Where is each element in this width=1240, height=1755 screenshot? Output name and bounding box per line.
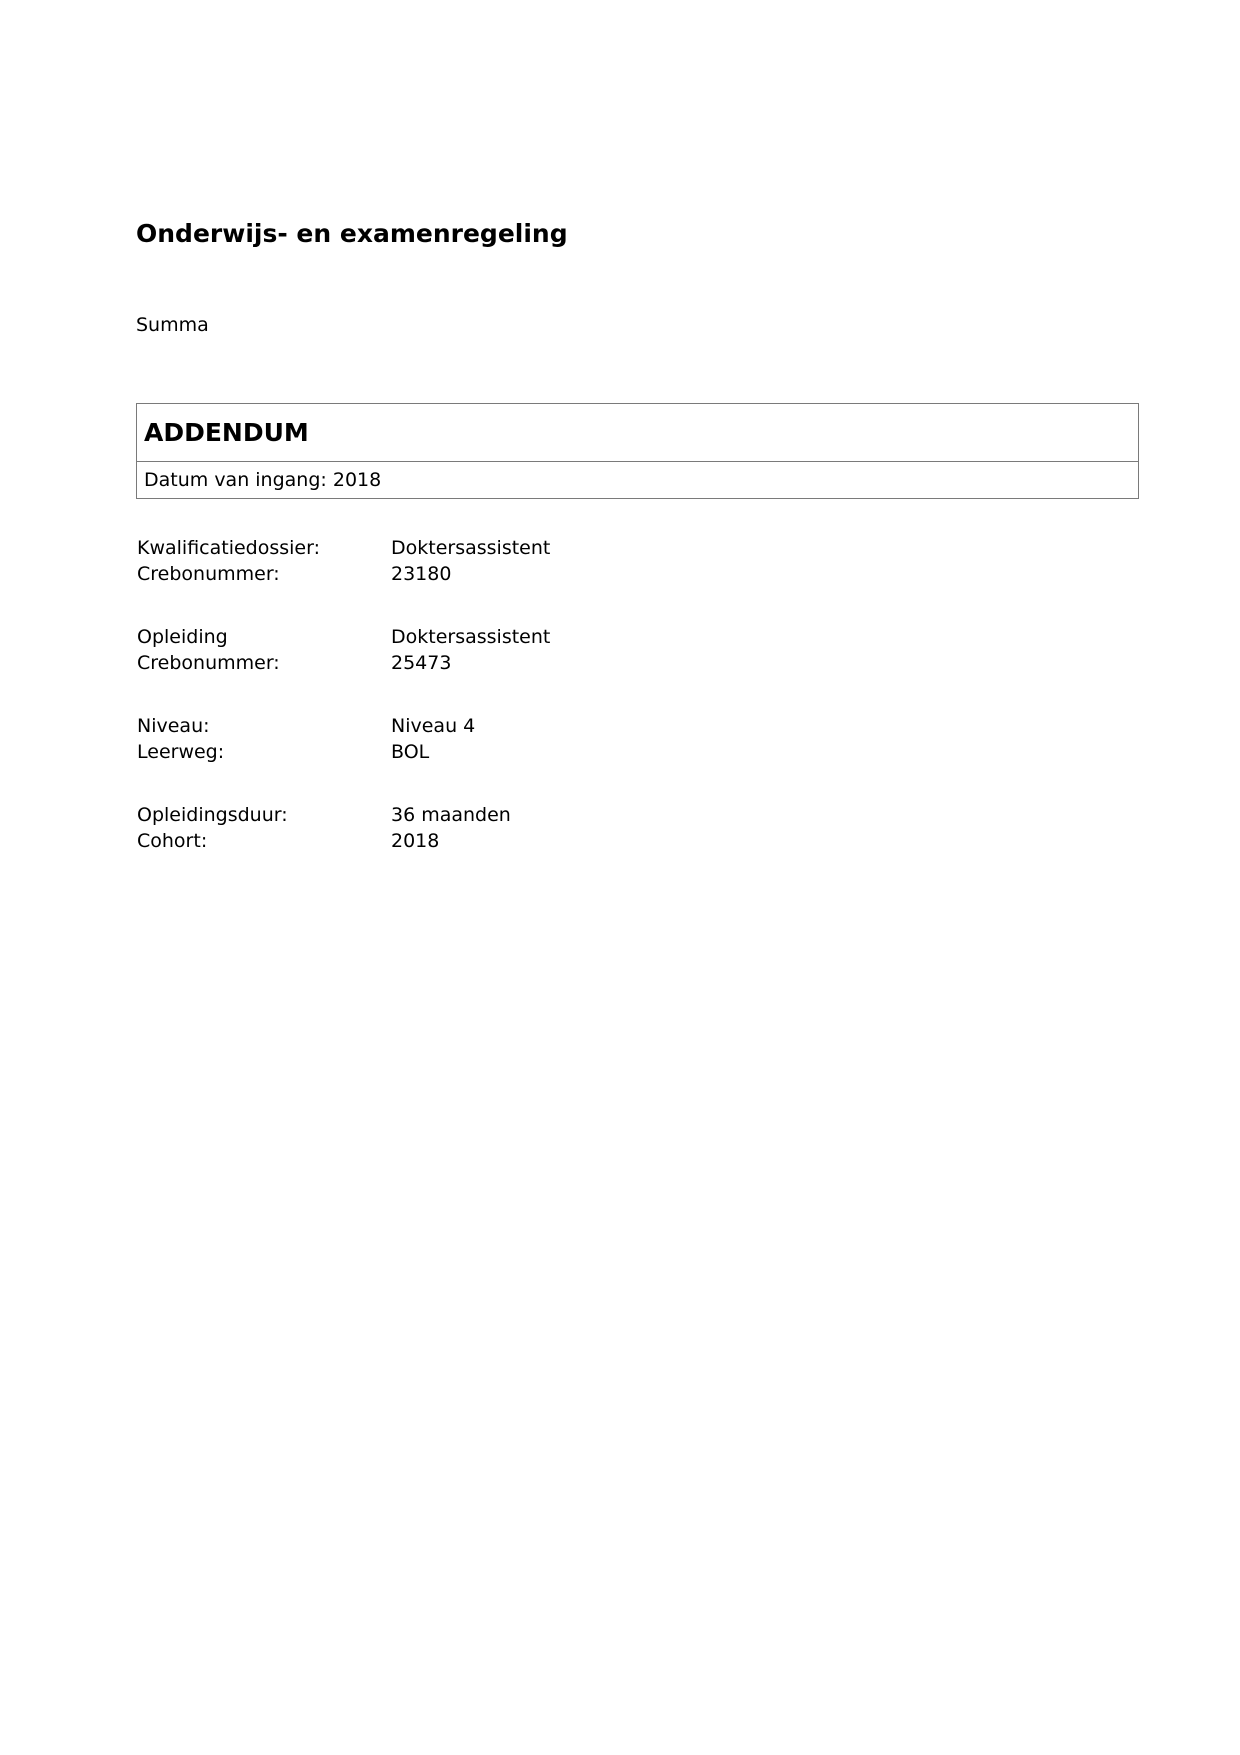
field-value: Doktersassistent xyxy=(391,535,550,561)
field-label: Opleiding xyxy=(137,624,391,650)
field-row: Cohort: 2018 xyxy=(137,828,550,854)
effective-date: Datum van ingang: 2018 xyxy=(137,462,1138,498)
field-label: Niveau: xyxy=(137,713,391,739)
field-row: Opleiding Doktersassistent xyxy=(137,624,550,650)
addendum-box: ADDENDUM Datum van ingang: 2018 xyxy=(136,403,1139,499)
field-group-duration: Opleidingsduur: 36 maanden Cohort: 2018 xyxy=(137,802,550,854)
program-details: Kwalificatiedossier: Doktersassistent Cr… xyxy=(137,535,550,891)
page-title: Onderwijs- en examenregeling xyxy=(136,219,568,248)
field-label: Cohort: xyxy=(137,828,391,854)
addendum-heading: ADDENDUM xyxy=(137,404,1138,462)
field-value: 23180 xyxy=(391,561,451,587)
field-group-program: Opleiding Doktersassistent Crebonummer: … xyxy=(137,624,550,676)
field-group-level: Niveau: Niveau 4 Leerweg: BOL xyxy=(137,713,550,765)
field-row: Crebonummer: 25473 xyxy=(137,650,550,676)
field-row: Leerweg: BOL xyxy=(137,739,550,765)
field-row: Opleidingsduur: 36 maanden xyxy=(137,802,550,828)
field-label: Crebonummer: xyxy=(137,650,391,676)
field-value: 25473 xyxy=(391,650,451,676)
field-label: Crebonummer: xyxy=(137,561,391,587)
field-row: Niveau: Niveau 4 xyxy=(137,713,550,739)
field-value: Doktersassistent xyxy=(391,624,550,650)
field-label: Opleidingsduur: xyxy=(137,802,391,828)
field-label: Leerweg: xyxy=(137,739,391,765)
field-label: Kwalificatiedossier: xyxy=(137,535,391,561)
field-row: Kwalificatiedossier: Doktersassistent xyxy=(137,535,550,561)
field-value: 2018 xyxy=(391,828,439,854)
field-value: Niveau 4 xyxy=(391,713,475,739)
institution-name: Summa xyxy=(136,314,209,336)
field-value: BOL xyxy=(391,739,429,765)
field-row: Crebonummer: 23180 xyxy=(137,561,550,587)
field-value: 36 maanden xyxy=(391,802,511,828)
field-group-qualification: Kwalificatiedossier: Doktersassistent Cr… xyxy=(137,535,550,587)
